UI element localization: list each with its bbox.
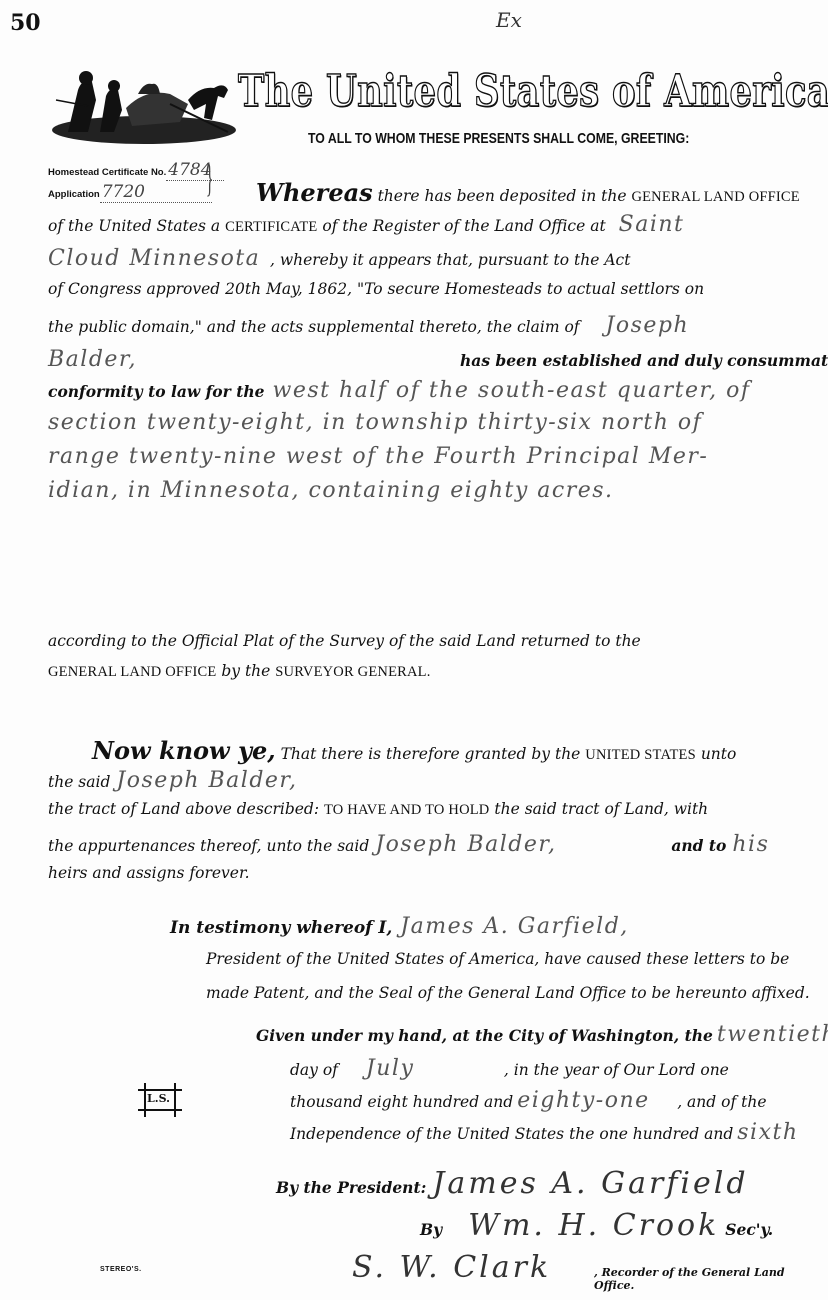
body-line-5: the public domain," and the acts supplem… [48,313,784,338]
application-number: 7720 [100,182,212,203]
whereas-word: Whereas [256,178,373,207]
body-text: thousand eight hundred and [290,1093,513,1111]
body-text: Given under my hand, at the City of Wash… [256,1026,713,1045]
president-signature-line: By the President:James A. Garfield [276,1166,784,1201]
body-text: unto [696,745,736,763]
grant-line-5: heirs and assigns forever. [48,864,784,882]
grantee-name-handwritten: Joseph Balder, [375,832,625,857]
certificate-caps: CERTIFICATE [225,219,317,235]
application-label: Application [48,189,100,200]
greeting: TO ALL TO WHOM THESE PRESENTS SHALL COME… [308,130,689,147]
page-number: 50 [10,10,41,36]
united-states-caps: UNITED STATES [585,747,696,763]
body-line-10: idian, in Minnesota, containing eighty a… [48,478,784,503]
body-line-6: Balder,has been established and duly con… [48,347,784,372]
by-label: By [420,1220,442,1239]
land-office-state-handwritten: Cloud Minnesota [48,246,270,271]
testimony-line-3: made Patent, and the Seal of the General… [206,984,784,1002]
seal-label: L.S. [147,1092,170,1105]
body-text: of the Register of the Land Office at [317,217,610,235]
homestead-certificate-label: Homestead Certificate No. [48,167,166,178]
given-line-2: day ofJuly, in the year of Our Lord one [290,1056,784,1081]
grant-line-3: the tract of Land above described: TO HA… [48,800,784,819]
body-text: the said [48,773,110,791]
homestead-certificate-number: 4784 [166,160,224,181]
body-text: , whereby it appears that, pursuant to t… [270,251,630,269]
body-text: Independence of the United States the on… [290,1125,733,1143]
body-text: and to [671,836,726,855]
independence-year-handwritten: sixth [737,1120,798,1145]
body-line-3: Cloud Minnesota, whereby it appears that… [48,246,784,271]
land-description-handwritten: range twenty-nine west of the Fourth Pri… [48,444,708,469]
body-text: day of [290,1061,338,1079]
habendum-caps: TO HAVE AND TO HOLD [324,802,489,818]
claimant-first-name-handwritten: Joseph [606,313,690,338]
secretary-signature-line: ByWm. H. CrookSec'y. [420,1208,784,1243]
locus-sigilli-seal: L.S. [138,1083,182,1117]
general-land-office-caps: GENERAL LAND OFFICE [48,664,216,680]
farm-engraving-icon [48,60,240,146]
claimant-last-name-handwritten: Balder, [48,347,460,372]
president-name-handwritten: James A. Garfield, [400,914,629,939]
month-handwritten: July [366,1056,504,1081]
year-handwritten: eighty-one [517,1088,677,1113]
body-text: the tract of Land above described: [48,800,324,818]
body-text: the public domain," and the acts supplem… [48,318,580,336]
secretary-title: Sec'y. [725,1220,773,1239]
body-text: conformity to law for the [48,382,265,401]
corner-mark: Ex [496,8,522,32]
body-line-7: conformity to law for thewest half of th… [48,378,784,403]
given-line-4: Independence of the United States the on… [290,1120,784,1145]
testimony-line-1: In testimony whereof I,James A. Garfield… [170,914,784,939]
land-description-handwritten: idian, in Minnesota, containing eighty a… [48,478,614,503]
body-line-2: of the United States a CERTIFICATE of th… [48,212,784,237]
body-line-12: GENERAL LAND OFFICE by the SURVEYOR GENE… [48,662,784,681]
pronoun-handwritten: his [732,832,769,857]
now-know-ye: Now know ye, [92,736,276,765]
given-line-1: Given under my hand, at the City of Wash… [256,1022,784,1047]
body-text: has been established and duly consummate… [460,351,828,370]
homestead-certificate-field: Homestead Certificate No.4784 [48,160,224,181]
body-text: of the United States a [48,217,225,235]
day-handwritten: twentieth [717,1022,828,1047]
document-title: The United States of America, [238,66,828,117]
body-line-9: range twenty-nine west of the Fourth Pri… [48,444,784,469]
body-text: the said tract of Land, with [489,800,708,818]
land-description-handwritten: section twenty-eight, in township thirty… [48,410,702,435]
body-text: the appurtenances thereof, unto the said [48,837,369,855]
given-line-3: thousand eight hundred andeighty-one, an… [290,1088,784,1113]
brace-mark: } [206,158,214,198]
land-office-city-handwritten: Saint [619,212,685,237]
body-text: In testimony whereof I, [170,918,392,938]
general-land-office-caps: GENERAL LAND OFFICE [631,189,799,205]
recorder-title: , Recorder of the General Land Office. [594,1266,828,1292]
grant-line-4: the appurtenances thereof, unto the said… [48,832,784,857]
body-text: , in the year of Our Lord one [504,1061,729,1079]
body-text: there has been deposited in the [373,187,632,205]
grant-line-2: the saidJoseph Balder, [48,768,784,793]
body-line-4: of Congress approved 20th May, 1862, "To… [48,280,784,298]
application-field: Application7720 [48,182,212,203]
by-the-president-label: By the President: [276,1178,426,1197]
body-text: , and of the [677,1093,766,1111]
recorder-signature: S. W. Clark [352,1250,551,1285]
secretary-signature: Wm. H. Crook [468,1208,719,1243]
body-text: That there is therefore granted by the [276,745,586,763]
land-description-handwritten: west half of the south-east quarter, of [273,378,751,403]
body-line-1: Whereas there has been deposited in the … [256,178,784,207]
president-signature: James A. Garfield [432,1166,748,1201]
testimony-line-2: President of the United States of Americ… [206,950,784,968]
grant-line-1: Now know ye, That there is therefore gra… [92,736,784,765]
body-text: by the [216,662,275,680]
surveyor-general-caps: SURVEYOR GENERAL. [275,664,430,680]
grantee-name-handwritten: Joseph Balder, [116,768,297,793]
body-line-11: according to the Official Plat of the Su… [48,632,784,650]
body-line-8: section twenty-eight, in township thirty… [48,410,784,435]
stereotype-mark: STEREO'S. [100,1266,142,1273]
